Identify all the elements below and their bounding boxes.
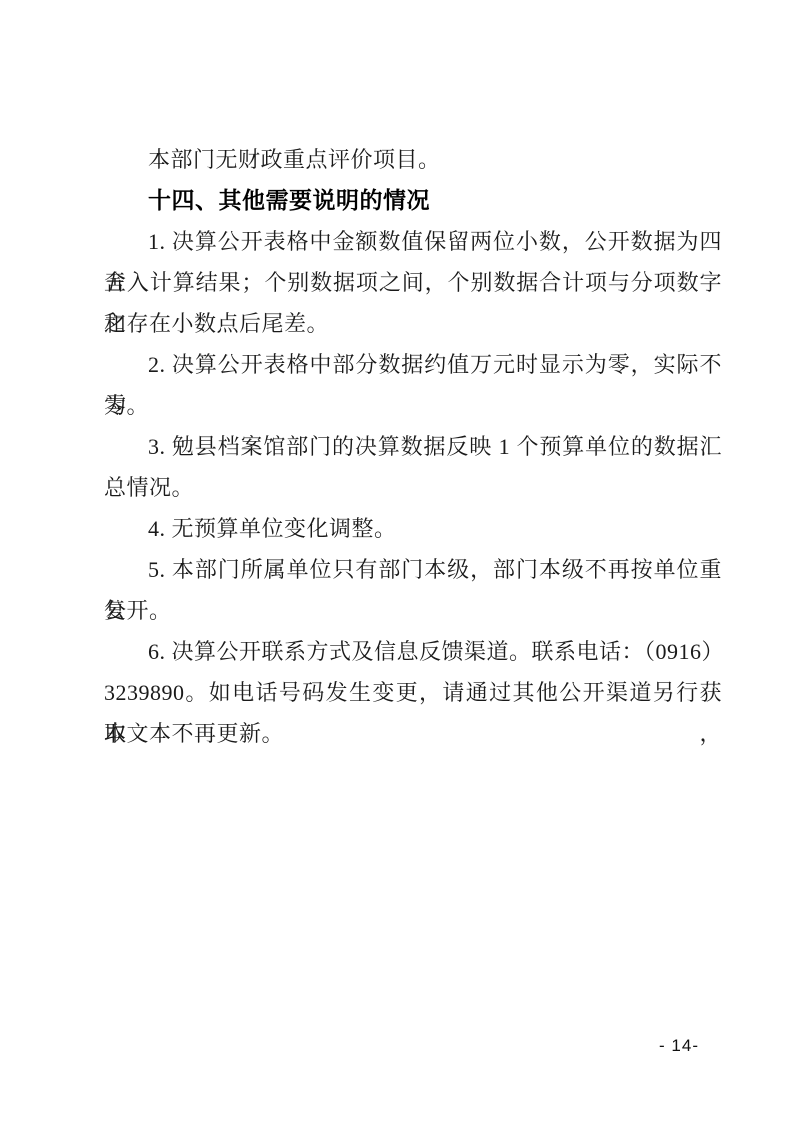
- paragraph-line: 零。: [104, 385, 722, 426]
- paragraph-line: 公开。: [104, 590, 722, 631]
- paragraph-line: 4. 无预算单位变化调整。: [104, 508, 722, 549]
- document-body: 本部门无财政重点评价项目。 十四、其他需要说明的情况 1. 决算公开表格中金额数…: [104, 139, 722, 754]
- page-number: - 14-: [659, 1036, 699, 1056]
- paragraph-line: 1. 决算公开表格中金额数值保留两位小数，公开数据为四舍: [104, 221, 722, 262]
- paragraph-line: 3239890。如电话号码发生变更，请通过其他公开渠道另行获取，: [104, 672, 722, 713]
- document-page: 本部门无财政重点评价项目。 十四、其他需要说明的情况 1. 决算公开表格中金额数…: [0, 0, 793, 1122]
- paragraph-line: 和存在小数点后尾差。: [104, 303, 722, 344]
- paragraph-line: 总情况。: [104, 467, 722, 508]
- paragraph-line: 6. 决算公开联系方式及信息反馈渠道。联系电话：（0916）: [104, 631, 722, 672]
- paragraph-line: 2. 决算公开表格中部分数据约值万元时显示为零，实际不为: [104, 344, 722, 385]
- paragraph-line: 本部门无财政重点评价项目。: [104, 139, 722, 180]
- paragraph-line: 3. 勉县档案馆部门的决算数据反映 1 个预算单位的数据汇: [104, 426, 722, 467]
- section-heading: 十四、其他需要说明的情况: [104, 180, 722, 221]
- paragraph-line: 5. 本部门所属单位只有部门本级，部门本级不再按单位重复: [104, 549, 722, 590]
- paragraph-line: 五入计算结果；个别数据项之间，个别数据合计项与分项数字之: [104, 262, 722, 303]
